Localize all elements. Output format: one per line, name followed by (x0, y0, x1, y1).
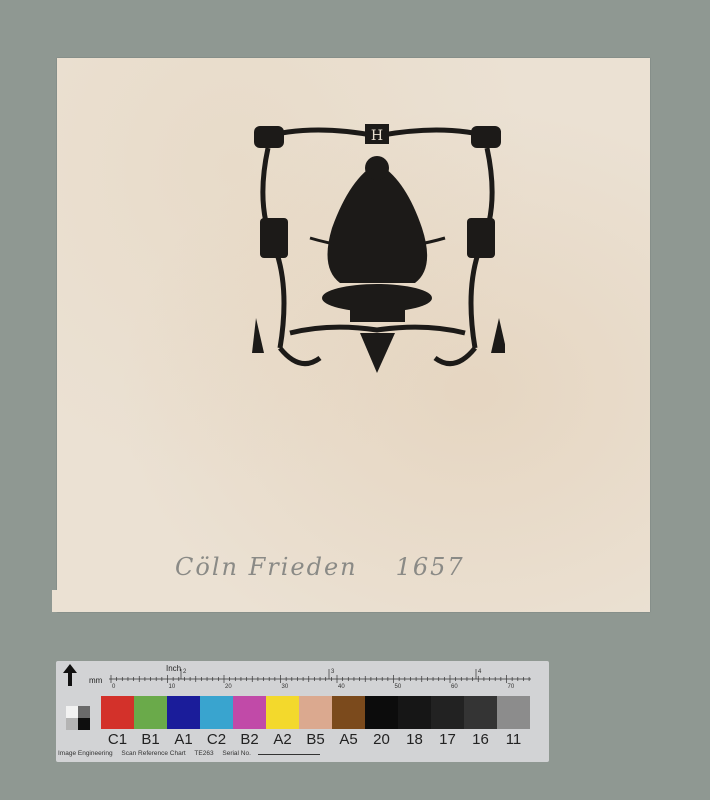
svg-text:0: 0 (112, 684, 116, 689)
color-patch (398, 696, 431, 729)
color-patch (299, 696, 332, 729)
gray-square (66, 718, 78, 730)
patch-labels: C1B1A1C2B2A2B5A52018171611 (101, 731, 530, 748)
svg-text:60: 60 (451, 684, 458, 689)
frame-monogram: H (371, 128, 383, 144)
color-patch (101, 696, 134, 729)
patch-label: A1 (167, 731, 200, 748)
patch-label: 16 (464, 731, 497, 748)
model: TE263 (194, 750, 213, 757)
svg-text:30: 30 (282, 684, 289, 689)
serial-label: Serial No. (222, 750, 251, 757)
svg-text:50: 50 (395, 684, 402, 689)
patch-label: A5 (332, 731, 365, 748)
patch-label: B2 (233, 731, 266, 748)
patch-label: 11 (497, 731, 530, 748)
maker: Image Engineering (58, 750, 113, 757)
ruler-scale: 010203040506070234 (109, 667, 532, 689)
patch-label: C2 (200, 731, 233, 748)
patch-label: A2 (266, 731, 299, 748)
scan-reference-chart: mm Inch 010203040506070234 C1B1A1C2B2A2B… (56, 661, 549, 762)
gray-squares (66, 706, 90, 730)
color-patch (233, 696, 266, 729)
color-patch (332, 696, 365, 729)
chart-footer: Image Engineering Scan Reference Chart T… (58, 750, 320, 757)
svg-text:40: 40 (338, 684, 345, 689)
svg-text:20: 20 (225, 684, 232, 689)
gray-square (66, 706, 78, 718)
color-patch (134, 696, 167, 729)
color-patch (497, 696, 530, 729)
color-patch (266, 696, 299, 729)
svg-text:70: 70 (508, 684, 515, 689)
patch-label: 20 (365, 731, 398, 748)
color-patch (365, 696, 398, 729)
inscription-year: 1657 (396, 553, 465, 581)
color-patches (101, 696, 530, 729)
patch-label: 17 (431, 731, 464, 748)
svg-text:10: 10 (169, 684, 176, 689)
up-arrow-icon (62, 663, 78, 687)
inscription-name: Cöln Frieden (175, 553, 358, 581)
svg-text:3: 3 (331, 669, 335, 675)
color-patch (464, 696, 497, 729)
svg-text:2: 2 (183, 669, 187, 675)
serial-line (258, 754, 320, 755)
color-patch (431, 696, 464, 729)
patch-label: B1 (134, 731, 167, 748)
gray-square (78, 706, 90, 718)
patch-label: 18 (398, 731, 431, 748)
gray-square (78, 718, 90, 730)
handwritten-inscription: Cöln Frieden1657 (175, 553, 465, 581)
product: Scan Reference Chart (121, 750, 185, 757)
mm-label: mm (89, 676, 102, 685)
color-patch (167, 696, 200, 729)
color-patch (200, 696, 233, 729)
patch-label: B5 (299, 731, 332, 748)
woodcut-pelican-print: H (250, 118, 505, 380)
paper-notch (52, 590, 58, 612)
svg-text:4: 4 (478, 669, 482, 675)
patch-label: C1 (101, 731, 134, 748)
